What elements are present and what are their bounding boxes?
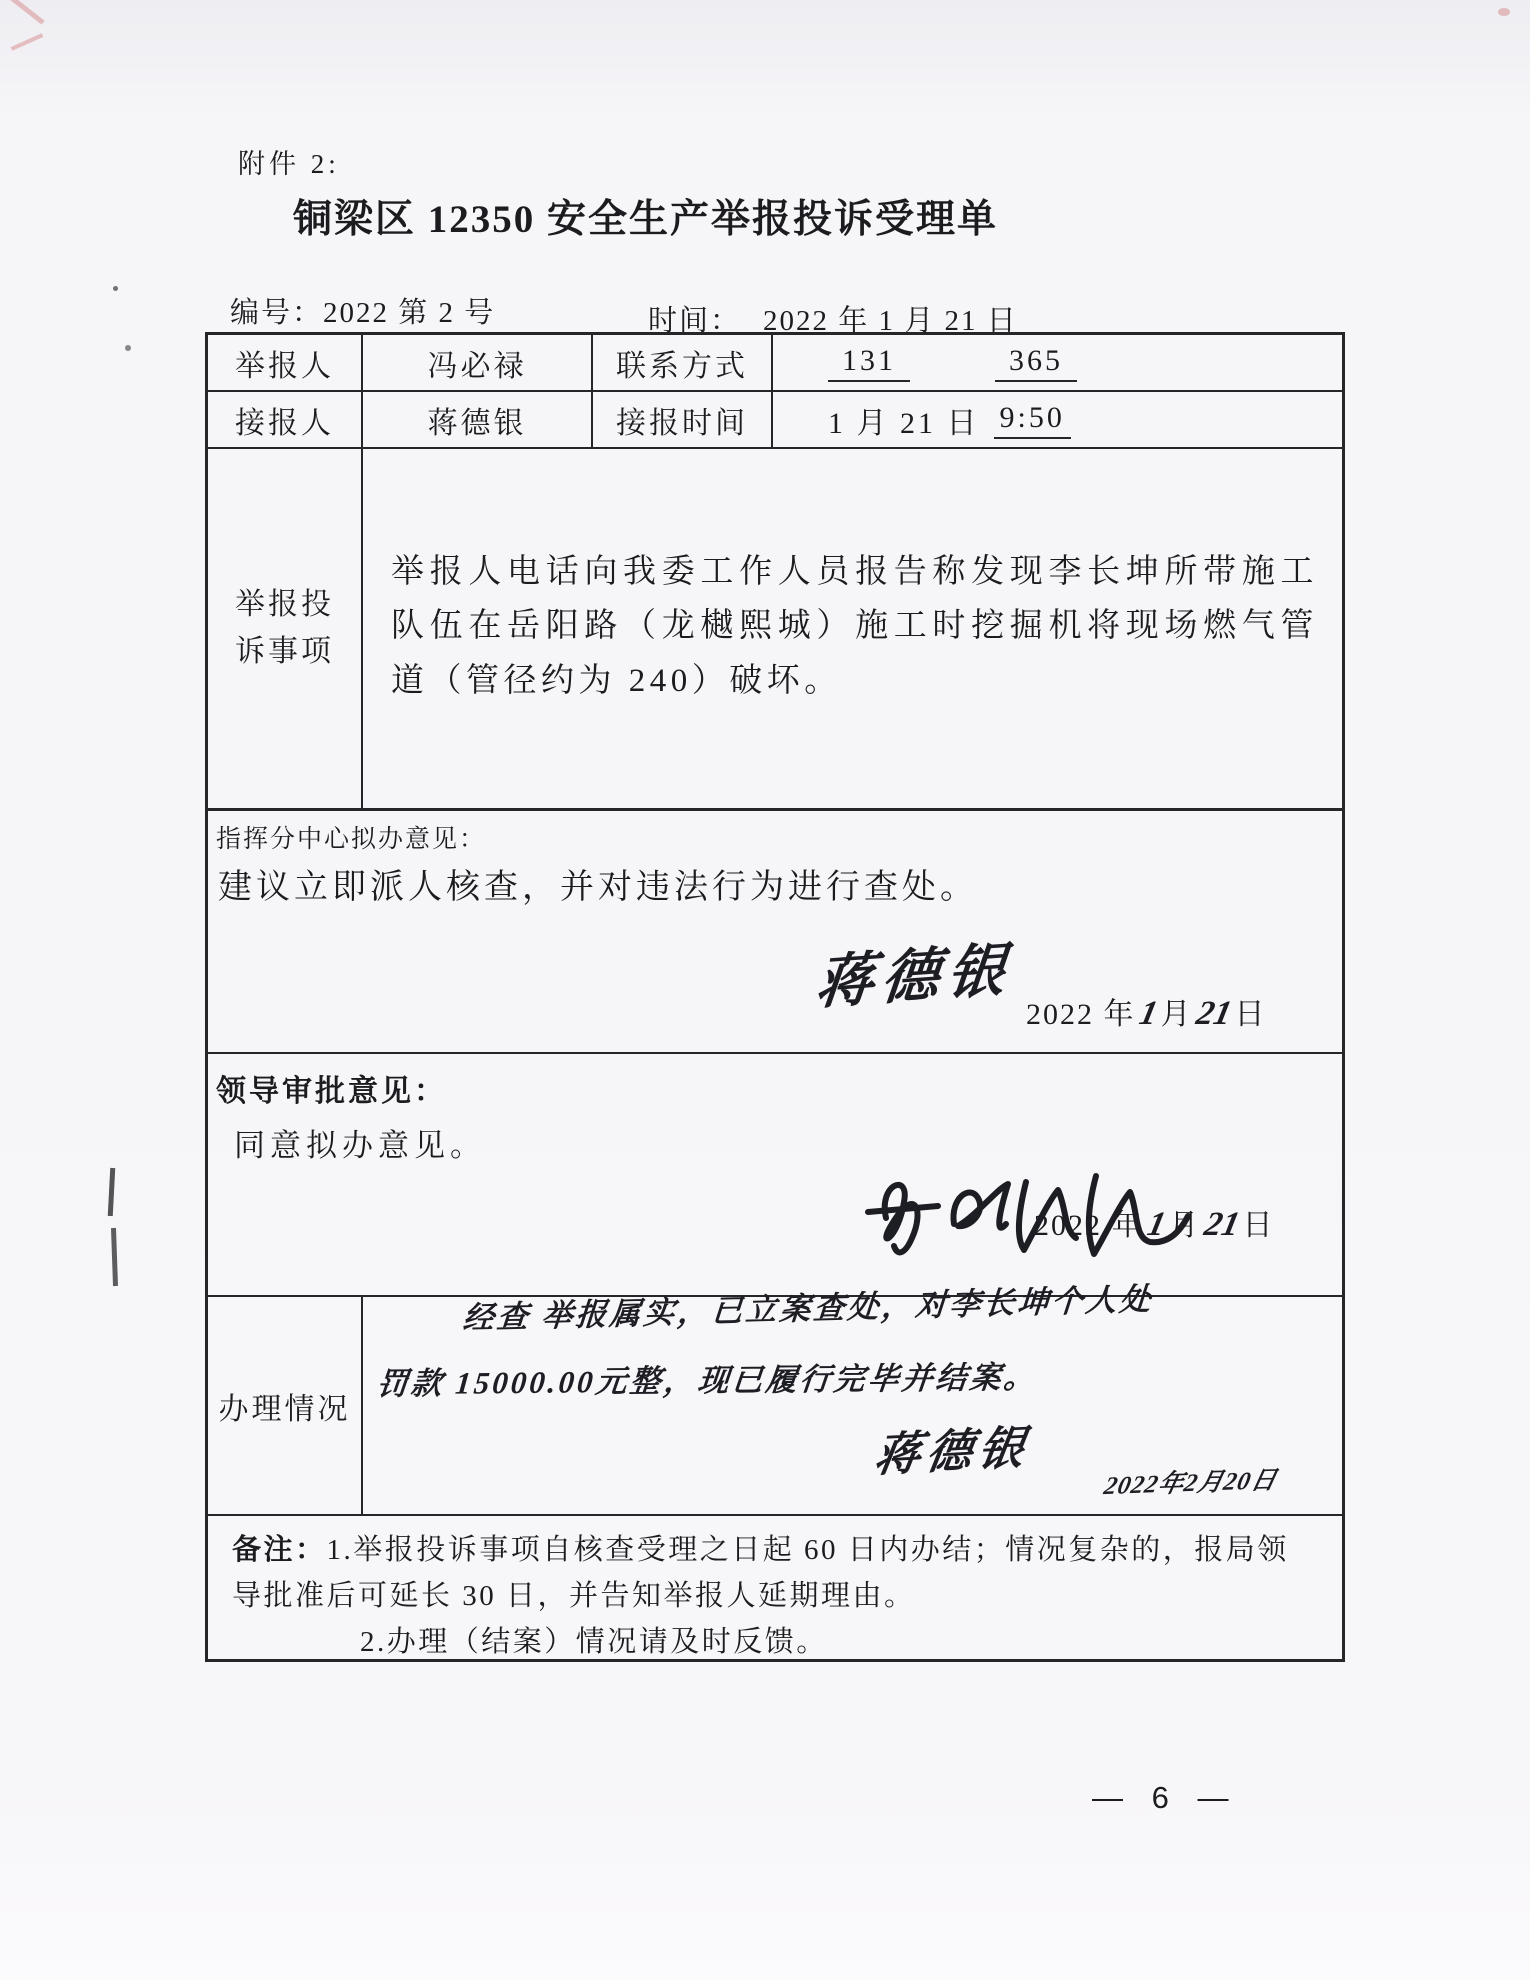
handling-row: 办理情况 经查 举报属实，已立案查处，对李长坤个人处 罚款 15000.00元整… xyxy=(208,1297,1342,1516)
scanned-document-page: { "doc": { "attachment_label": "附件 2:", … xyxy=(0,0,1530,1980)
handling-content-cell: 经查 举报属实，已立案查处，对李长坤个人处 罚款 15000.00元整，现已履行… xyxy=(363,1297,1342,1514)
receiver-row: 接报人 蒋德银 接报时间 1 月 21 日 9:50 xyxy=(208,392,1342,449)
center-date-year: 2022 年 xyxy=(1026,998,1136,1031)
notes-item2: 2.办理（结案）情况请及时反馈。 xyxy=(232,1620,1316,1666)
handling-sign-date: 2022年2月20日 xyxy=(1101,1460,1281,1502)
notes-label: 备注： xyxy=(232,1534,327,1566)
attachment-label: 附件 2: xyxy=(238,142,340,181)
matter-row: 举报投 诉事项 举报人电话向我委工作人员报告称发现李长坤所带施工队伍在岳阳路（龙… xyxy=(208,449,1342,811)
serial-value: 2022 第 2 号 xyxy=(323,297,495,329)
margin-mark-1 xyxy=(108,1168,116,1216)
handling-signature: 蒋德银 xyxy=(870,1411,1036,1486)
handling-line2: 罚款 15000.00元整，现已履行完毕并结案。 xyxy=(375,1352,1040,1404)
notes-cell: 备注：1.举报投诉事项自核查受理之日起 60 日内办结；情况复杂的，报局领导批准… xyxy=(208,1516,1342,1659)
notes-item1: 1.举报投诉事项自核查受理之日起 60 日内办结；情况复杂的，报局领导批准后可延… xyxy=(232,1534,1289,1612)
center-date-day-unit: 日 xyxy=(1235,998,1267,1031)
contact-value-part1: 131 xyxy=(828,344,910,382)
center-opinion-row: 指挥分中心拟办意见： 建议立即派人核查，并对违法行为进行查处。 蒋德银 2022… xyxy=(208,811,1342,1054)
leader-date-month-hw: 1 xyxy=(1143,1206,1168,1244)
scan-smudge-red-3 xyxy=(1498,8,1510,16)
notes-row: 备注：1.举报投诉事项自核查受理之日起 60 日内办结；情况复杂的，报局领导批准… xyxy=(208,1516,1342,1659)
leader-date-month-unit: 月 xyxy=(1169,1209,1201,1242)
report-form-table: 举报人 冯必禄 联系方式 131 365 接报人 蒋德银 接报时间 1 月 21… xyxy=(205,332,1345,1662)
leader-sign-date: 2022 年 1 月 21 日 xyxy=(1034,1200,1275,1244)
matter-label: 举报投 诉事项 xyxy=(208,449,363,808)
center-date-day-hw: 21 xyxy=(1192,995,1234,1033)
leader-date-year: 2022 年 xyxy=(1034,1209,1144,1242)
center-date-month-unit: 月 xyxy=(1161,998,1193,1031)
leader-opinion-cell: 领导审批意见： 同意拟办意见。 2022 年 1 月 21 日 xyxy=(208,1054,1342,1295)
margin-mark-2 xyxy=(111,1228,118,1286)
scan-dot-1 xyxy=(113,286,118,291)
leader-opinion-row: 领导审批意见： 同意拟办意见。 2022 年 1 月 21 日 xyxy=(208,1054,1342,1297)
contact-value-part2: 365 xyxy=(995,344,1077,382)
contact-label: 联系方式 xyxy=(593,335,773,390)
leader-opinion-label: 领导审批意见： xyxy=(216,1066,447,1110)
matter-label-line2: 诉事项 xyxy=(235,629,334,676)
scan-smudge-red-1 xyxy=(5,0,44,25)
receive-time-value: 1 月 21 日 9:50 xyxy=(773,392,1342,447)
receive-time-label: 接报时间 xyxy=(593,392,773,447)
contact-value: 131 365 xyxy=(773,335,1342,390)
receiver-label: 接报人 xyxy=(208,392,363,447)
matter-label-line1: 举报投 xyxy=(235,582,334,629)
center-opinion-content: 建议立即派人核查，并对违法行为进行查处。 xyxy=(218,859,978,908)
center-opinion-label: 指挥分中心拟办意见： xyxy=(216,819,486,855)
page-title: 铜梁区 12350 安全生产举报投诉受理单 xyxy=(293,188,998,244)
page-number: — 6 — xyxy=(1092,1780,1238,1816)
scan-dot-2 xyxy=(125,345,131,351)
center-signature: 蒋德银 xyxy=(812,922,1018,1021)
receive-time-date: 1 月 21 日 xyxy=(828,398,980,442)
leader-opinion-content: 同意拟办意见。 xyxy=(234,1120,486,1165)
reporter-value: 冯必禄 xyxy=(363,335,593,390)
reporter-label: 举报人 xyxy=(208,335,363,390)
center-sign-date: 2022 年 1 月 21 日 xyxy=(1026,989,1267,1033)
reporter-row: 举报人 冯必禄 联系方式 131 365 xyxy=(208,335,1342,392)
handling-label: 办理情况 xyxy=(208,1297,363,1514)
receive-time-clock: 9:50 xyxy=(994,401,1071,439)
scan-smudge-red-2 xyxy=(11,33,44,50)
receiver-value: 蒋德银 xyxy=(363,392,593,447)
center-date-month-hw: 1 xyxy=(1135,995,1160,1033)
center-opinion-cell: 指挥分中心拟办意见： 建议立即派人核查，并对违法行为进行查处。 蒋德银 2022… xyxy=(208,811,1342,1052)
matter-content: 举报人电话向我委工作人员报告称发现李长坤所带施工队伍在岳阳路（龙樾熙城）施工时挖… xyxy=(363,449,1342,808)
leader-date-day-hw: 21 xyxy=(1200,1206,1242,1244)
serial-label: 编号： xyxy=(230,297,323,329)
leader-date-day-unit: 日 xyxy=(1243,1209,1275,1242)
